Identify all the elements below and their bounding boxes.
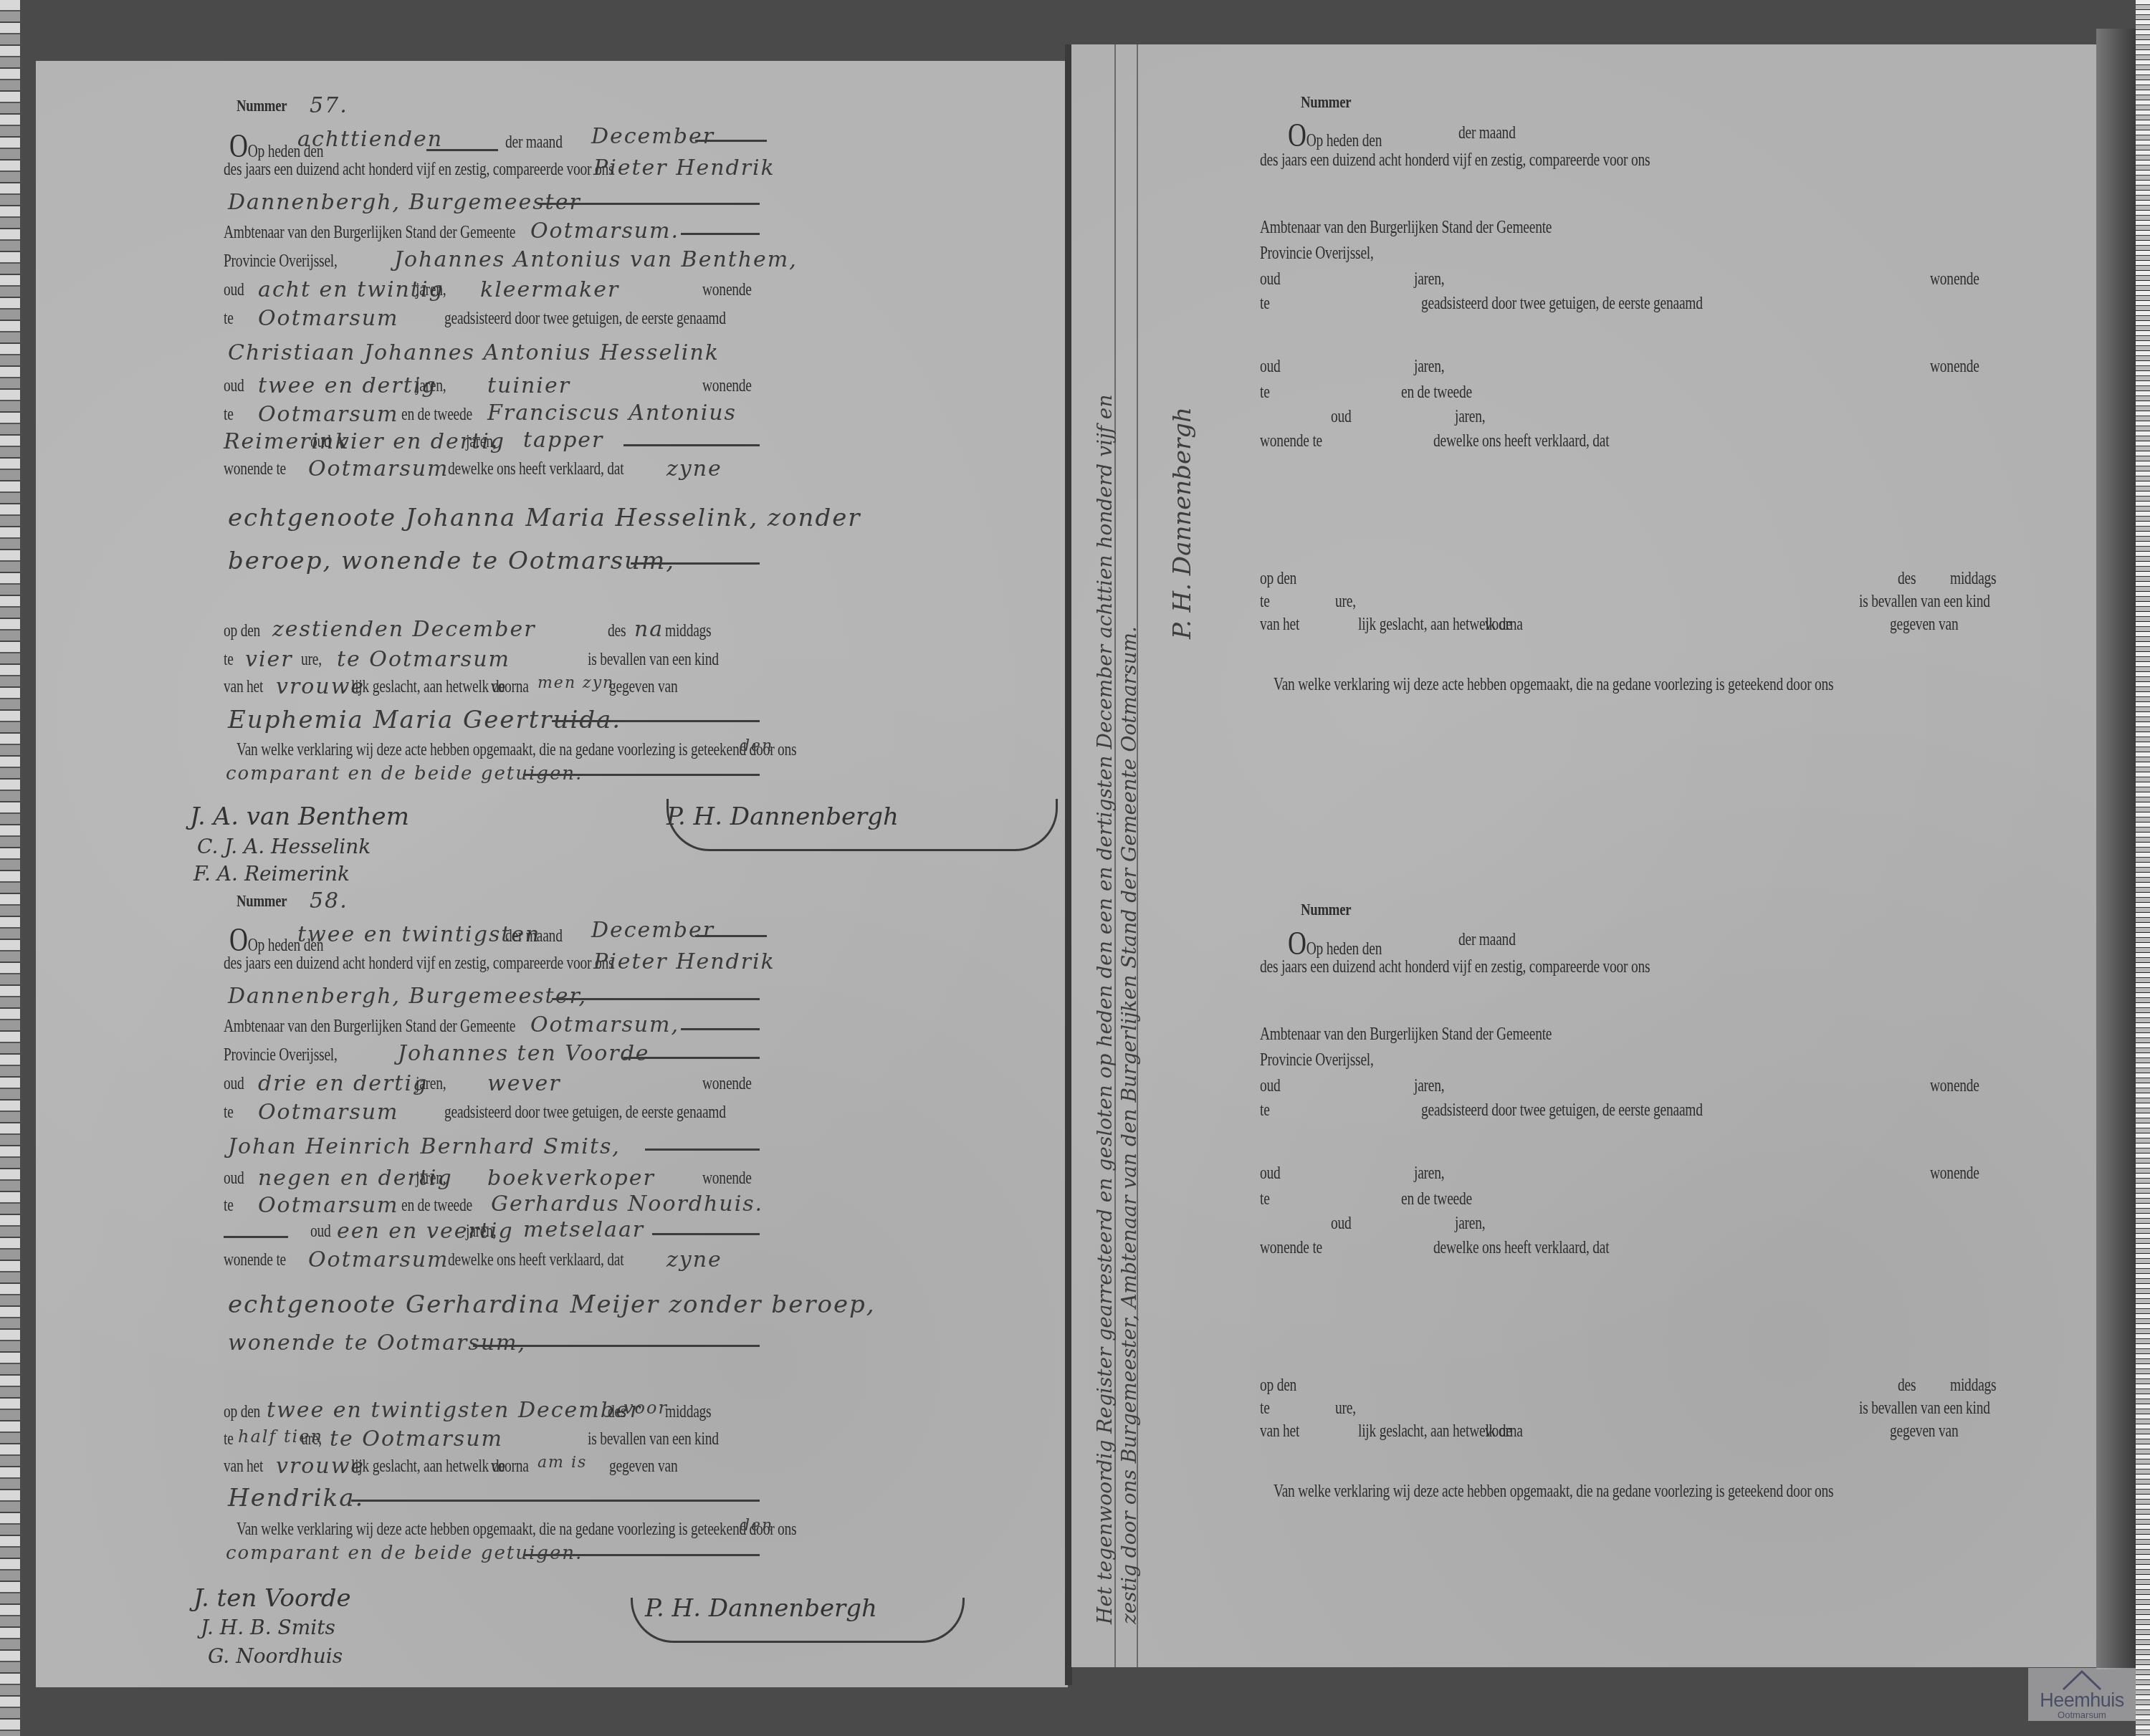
form-text: oud bbox=[224, 1074, 244, 1094]
nummer-label: Nummer bbox=[236, 97, 287, 115]
nummer-label: Nummer bbox=[1301, 901, 1351, 920]
form-text: Ambtenaar van den Burgerlijken Stand der… bbox=[1260, 1025, 1552, 1045]
form-text: is bevallen van een kind bbox=[588, 1429, 719, 1449]
form-text: Van welke verklaring wij deze acte hebbe… bbox=[1274, 1482, 1833, 1502]
form-text: op den bbox=[224, 621, 260, 641]
form-text: dewelke ons heeft verklaard, dat bbox=[448, 459, 623, 479]
official-title-handwritten: Dannenbergh, Burgemeester, bbox=[228, 984, 587, 1009]
handwritten-text: den bbox=[740, 737, 773, 755]
handwritten-text: men zyn bbox=[537, 674, 614, 692]
form-text: oud bbox=[1331, 407, 1352, 427]
form-text: te bbox=[224, 1103, 234, 1123]
form-text: Van welke verklaring wij deze acte hebbe… bbox=[236, 740, 796, 760]
form-text: van het bbox=[224, 677, 263, 697]
form-text: dewelke ons heeft verklaard, dat bbox=[1433, 431, 1609, 451]
blank-form-1: Nummer OOp heden den der maand des jaars… bbox=[1071, 44, 2096, 833]
birth-place-handwritten: te Ootmarsum bbox=[337, 647, 510, 672]
handwritten-text: den bbox=[740, 1517, 773, 1535]
form-text: oud bbox=[310, 432, 331, 452]
blank-form-2: Nummer OOp heden den der maand des jaars… bbox=[1071, 861, 2096, 1649]
form-text: te bbox=[224, 309, 234, 329]
form-text: dewelke ons heeft verklaard, dat bbox=[1433, 1238, 1609, 1258]
form-text: jaren, bbox=[1414, 269, 1444, 289]
mother-line-handwritten: echtgenoote Gerhardina Meijer zonder ber… bbox=[228, 1290, 876, 1319]
form-text: wonende bbox=[702, 1074, 752, 1094]
birth-record-58: Nummer 58. OOp heden den twee en twintig… bbox=[36, 892, 1068, 1680]
handwritten-text: zyne bbox=[666, 456, 722, 481]
form-text: op den bbox=[1260, 1376, 1296, 1396]
form-text: voorna bbox=[491, 677, 529, 697]
witness1-residence-handwritten: Ootmarsum bbox=[258, 402, 399, 427]
form-text: jaren, bbox=[1455, 407, 1485, 427]
form-text: geadsisteerd door twee getuigen, de eers… bbox=[444, 1103, 726, 1123]
form-text: te bbox=[224, 650, 234, 670]
form-text: Ambtenaar van den Burgerlijken Stand der… bbox=[224, 223, 515, 243]
form-text: jaren, bbox=[1414, 1164, 1444, 1184]
form-text: van het bbox=[1260, 1421, 1299, 1442]
form-text: der maand bbox=[1458, 123, 1516, 143]
father-residence-handwritten: Ootmarsum bbox=[258, 1100, 399, 1125]
form-text: oud bbox=[1331, 1214, 1352, 1234]
witness2-residence-handwritten: Ootmarsum bbox=[308, 456, 449, 481]
signature-witness1: C. J. A. Hesselink bbox=[197, 835, 371, 858]
form-text: is bevallen van een kind bbox=[1859, 1399, 1990, 1419]
signature-father: J. A. van Benthem bbox=[190, 802, 409, 831]
signature-witness1: J. H. B. Smits bbox=[201, 1616, 335, 1639]
form-text: en de tweede bbox=[1401, 1189, 1472, 1209]
form-text: dewelke ons heeft verklaard, dat bbox=[448, 1250, 623, 1270]
form-text: Van welke verklaring wij deze acte hebbe… bbox=[1274, 675, 1833, 695]
form-text: op den bbox=[224, 1402, 260, 1422]
form-text: lijk geslacht, aan hetwelk de bbox=[351, 1457, 505, 1477]
form-text: wonende bbox=[1930, 357, 1979, 377]
form-text: ure, bbox=[1335, 1399, 1356, 1419]
witness1-name-handwritten: Johan Heinrich Bernhard Smits, bbox=[228, 1134, 621, 1159]
record-number: 57. bbox=[310, 93, 348, 118]
form-text: lijk geslacht, aan hetwelk de bbox=[351, 677, 505, 697]
mother-line-handwritten: echtgenoote Johanna Maria Hesselink, zon… bbox=[228, 504, 861, 532]
municipality-handwritten: Ootmarsum. bbox=[530, 219, 679, 244]
watermark-name: Heemhuis bbox=[2028, 1689, 2136, 1712]
form-text: middags bbox=[665, 621, 711, 641]
form-text: Provincie Overijssel, bbox=[1260, 244, 1374, 264]
form-text: en de tweede bbox=[401, 1196, 472, 1216]
form-text: middags bbox=[1950, 1376, 1996, 1396]
form-text: Ambtenaar van den Burgerlijken Stand der… bbox=[224, 1017, 515, 1037]
form-text: des bbox=[1898, 569, 1916, 589]
witness2-name-handwritten: Gerhardus Noordhuis. bbox=[491, 1191, 763, 1217]
form-text: wonende te bbox=[224, 459, 286, 479]
form-text: ure, bbox=[1335, 592, 1356, 612]
form-text: ure, bbox=[301, 1429, 322, 1449]
form-text: des jaars een duizend acht honderd vijf … bbox=[224, 160, 613, 180]
municipality-handwritten: Ootmarsum, bbox=[530, 1012, 679, 1037]
scan-edge-left bbox=[0, 0, 20, 1736]
form-text: Op heden den bbox=[1306, 131, 1382, 150]
nummer-label: Nummer bbox=[1301, 93, 1351, 112]
form-text: van het bbox=[1260, 615, 1299, 635]
form-text: geadsisteerd door twee getuigen, de eers… bbox=[444, 309, 726, 329]
record-number: 58. bbox=[310, 888, 348, 913]
handwritten-text: voor bbox=[623, 1398, 668, 1418]
form-text: op den bbox=[1260, 569, 1296, 589]
form-text: wonende bbox=[702, 376, 752, 396]
form-text: jaren, bbox=[466, 1222, 496, 1242]
form-text: der maand bbox=[1458, 930, 1516, 950]
form-text: wonende te bbox=[1260, 1238, 1322, 1258]
heemhuis-watermark: Heemhuis Ootmarsum bbox=[2028, 1668, 2136, 1721]
signature-father: J. ten Voorde bbox=[193, 1584, 351, 1613]
father-age-handwritten: drie en dertig bbox=[258, 1071, 428, 1096]
month-handwritten: December bbox=[591, 918, 715, 943]
form-text: geadsisteerd door twee getuigen, de eers… bbox=[1421, 1100, 1703, 1121]
witness2-occupation-handwritten: metselaar bbox=[523, 1217, 644, 1242]
form-text: jaren, bbox=[466, 432, 496, 452]
form-text: wonende bbox=[702, 280, 752, 300]
form-text: middags bbox=[665, 1402, 711, 1422]
form-text: der maand bbox=[505, 926, 563, 946]
form-text: oud bbox=[310, 1222, 331, 1242]
form-text: wonende te bbox=[224, 1250, 286, 1270]
form-text: des jaars een duizend acht honderd vijf … bbox=[224, 954, 613, 974]
mother-residence-handwritten: wonende te Ootmarsum, bbox=[228, 1330, 526, 1356]
form-text: wonende bbox=[1930, 269, 1979, 289]
form-text: te bbox=[224, 1429, 234, 1449]
form-text: en de tweede bbox=[1401, 383, 1472, 403]
father-occupation-handwritten: wever bbox=[487, 1071, 560, 1096]
form-text: ure, bbox=[301, 650, 322, 670]
left-page: Nummer 57. OOp heden den achttienden der… bbox=[36, 61, 1068, 1687]
form-text: is bevallen van een kind bbox=[588, 650, 719, 670]
form-text: oud bbox=[224, 1169, 244, 1189]
nummer-label: Nummer bbox=[236, 892, 287, 911]
watermark-subtitle: Ootmarsum bbox=[2028, 1709, 2136, 1720]
form-text: Provincie Overijssel, bbox=[224, 1045, 338, 1065]
child-name-handwritten: Hendrika. bbox=[228, 1484, 364, 1512]
form-text: jaren, bbox=[416, 1074, 446, 1094]
right-page: Het tegenwoordig Register gearresteerd e… bbox=[1071, 44, 2096, 1667]
form-text: oud bbox=[224, 280, 244, 300]
birth-date-handwritten: zestienden December bbox=[272, 617, 536, 642]
witness2-residence-handwritten: Ootmarsum bbox=[308, 1247, 449, 1272]
form-text: Op heden den bbox=[1306, 939, 1382, 959]
form-text: wonende bbox=[1930, 1164, 1979, 1184]
witness1-occupation-handwritten: boekverkoper bbox=[487, 1166, 655, 1191]
form-text: gegeven van bbox=[1890, 1421, 1958, 1442]
father-occupation-handwritten: kleermaker bbox=[480, 277, 619, 302]
form-text: gegeven van bbox=[609, 677, 677, 697]
form-text: te bbox=[1260, 592, 1270, 612]
father-name-handwritten: Johannes Antonius van Benthem, bbox=[394, 247, 798, 272]
witness1-occupation-handwritten: tuinier bbox=[487, 373, 570, 398]
form-text: jaren, bbox=[416, 280, 446, 300]
form-text: oud bbox=[1260, 1164, 1281, 1184]
birth-date-handwritten: twee en twintigsten December bbox=[267, 1398, 641, 1423]
father-residence-handwritten: Ootmarsum bbox=[258, 306, 399, 331]
form-text: oud bbox=[1260, 1076, 1281, 1096]
form-text: Provincie Overijssel, bbox=[1260, 1050, 1374, 1070]
form-text: gegeven van bbox=[609, 1457, 677, 1477]
form-text: jaren, bbox=[1455, 1214, 1485, 1234]
form-text: te bbox=[1260, 1100, 1270, 1121]
form-text: jaren, bbox=[416, 376, 446, 396]
witness1-residence-handwritten: Ootmarsum bbox=[258, 1193, 399, 1218]
handwritten-text: am is bbox=[537, 1454, 587, 1472]
form-text: geadsisteerd door twee getuigen, de eers… bbox=[1421, 294, 1703, 314]
form-text: van het bbox=[224, 1457, 263, 1477]
form-text: des jaars een duizend acht honderd vijf … bbox=[1260, 957, 1650, 977]
form-text: te bbox=[224, 1196, 234, 1216]
form-text: oud bbox=[1260, 357, 1281, 377]
form-text: Ambtenaar van den Burgerlijken Stand der… bbox=[1260, 218, 1552, 238]
father-name-handwritten: Johannes ten Voorde bbox=[398, 1041, 650, 1066]
form-text: voorna bbox=[1485, 615, 1523, 635]
form-text: der maand bbox=[505, 133, 563, 153]
form-text: wonende bbox=[702, 1169, 752, 1189]
day-handwritten: twee en twintigsten bbox=[297, 922, 540, 947]
form-text: jaren, bbox=[416, 1169, 446, 1189]
official-name-handwritten: Pieter Hendrik bbox=[593, 155, 775, 181]
form-text: te bbox=[1260, 1189, 1270, 1209]
mother-residence-handwritten: beroep, wonende te Ootmarsum, bbox=[228, 547, 675, 575]
form-text: wonende te bbox=[1260, 431, 1322, 451]
birth-place-handwritten: te Ootmarsum bbox=[330, 1426, 503, 1452]
form-text: is bevallen van een kind bbox=[1859, 592, 1990, 612]
handwritten-text: comparant en de beide getuigen. bbox=[226, 1543, 583, 1564]
signature-witness2: G. Noordhuis bbox=[208, 1644, 343, 1668]
form-text: oud bbox=[224, 376, 244, 396]
page-edge-shadow bbox=[2096, 29, 2136, 1669]
form-text: voorna bbox=[1485, 1421, 1523, 1442]
form-text: middags bbox=[1950, 569, 1996, 589]
signature-witness2: F. A. Reimerink bbox=[193, 862, 350, 886]
official-name-handwritten: Pieter Hendrik bbox=[593, 949, 775, 974]
day-handwritten: achttienden bbox=[297, 127, 443, 152]
form-text: des jaars een duizend acht honderd vijf … bbox=[1260, 150, 1650, 171]
form-text: wonende bbox=[1930, 1076, 1979, 1096]
handwritten-text: na bbox=[634, 617, 664, 642]
month-handwritten: December bbox=[591, 124, 715, 149]
witness1-age-handwritten: twee en dertig bbox=[258, 373, 437, 398]
form-text: des bbox=[1898, 1376, 1916, 1396]
birth-record-57: Nummer 57. OOp heden den achttienden der… bbox=[36, 61, 1068, 871]
form-text: te bbox=[1260, 383, 1270, 403]
form-text: Provincie Overijssel, bbox=[224, 251, 338, 272]
form-text: en de tweede bbox=[401, 405, 472, 425]
birth-hour-handwritten: vier bbox=[245, 647, 293, 672]
scan-edge-right bbox=[2136, 0, 2150, 1736]
form-text: gegeven van bbox=[1890, 615, 1958, 635]
form-text: te bbox=[1260, 294, 1270, 314]
witness1-name-handwritten: Christiaan Johannes Antonius Hesselink bbox=[228, 340, 720, 365]
form-text: des bbox=[608, 621, 626, 641]
form-text: jaren, bbox=[1414, 357, 1444, 377]
form-text: te bbox=[1260, 1399, 1270, 1419]
form-text: oud bbox=[1260, 269, 1281, 289]
handwritten-text: zyne bbox=[666, 1247, 722, 1272]
form-text: jaren, bbox=[1414, 1076, 1444, 1096]
form-text: voorna bbox=[491, 1457, 529, 1477]
house-roof-icon bbox=[2060, 1669, 2103, 1691]
official-title-handwritten: Dannenbergh, Burgemeester bbox=[228, 190, 581, 215]
form-text: te bbox=[224, 405, 234, 425]
form-text: Van welke verklaring wij deze acte hebbe… bbox=[236, 1520, 796, 1540]
witness2-occupation-handwritten: tapper bbox=[523, 428, 603, 453]
witness2-name-handwritten: Franciscus Antonius bbox=[487, 401, 737, 426]
